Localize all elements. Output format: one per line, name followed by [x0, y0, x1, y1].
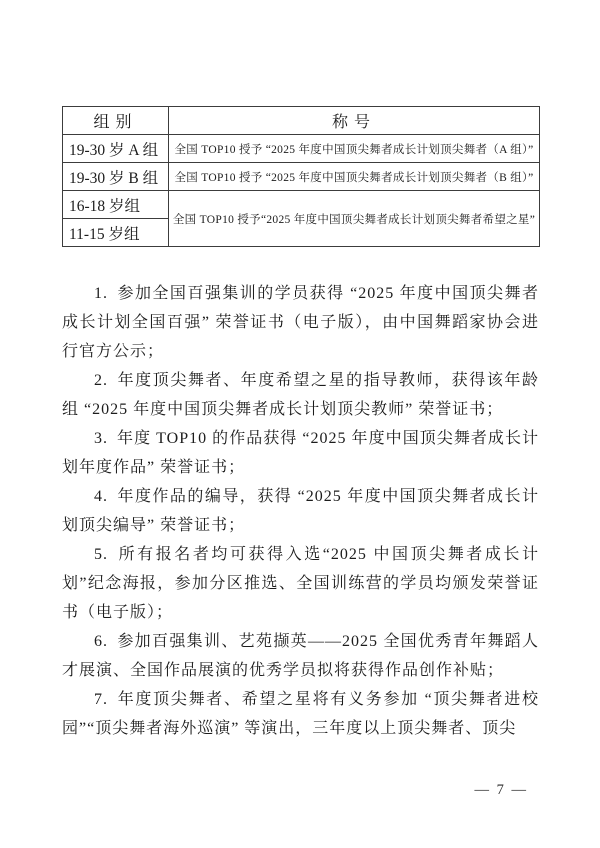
- award-title-table: 组别 称号 19-30 岁 A 组 全国 TOP10 授予 “2025 年度中国…: [62, 106, 540, 247]
- body-text: 1. 参加全国百强集训的学员获得 “2025 年度中国顶尖舞者成长计划全国百强”…: [62, 279, 539, 743]
- table-header-row: 组别 称号: [63, 107, 540, 135]
- table-header-title: 称号: [169, 107, 540, 135]
- group-cell-11-15: 11-15 岁组: [63, 219, 169, 247]
- paragraph-6: 6. 参加百强集训、艺苑撷英——2025 全国优秀青年舞蹈人才展演、全国作品展演…: [62, 627, 539, 685]
- title-cell-19-30-a: 全国 TOP10 授予 “2025 年度中国顶尖舞者成长计划顶尖舞者（A 组）”: [169, 135, 540, 163]
- title-cell-19-30-b: 全国 TOP10 授予 “2025 年度中国顶尖舞者成长计划顶尖舞者（B 组）”: [169, 163, 540, 191]
- group-cell-19-30-a: 19-30 岁 A 组: [63, 135, 169, 163]
- table-row: 16-18 岁组 全国 TOP10 授予“2025 年度中国顶尖舞者成长计划顶尖…: [63, 191, 540, 219]
- paragraph-3: 3. 年度 TOP10 的作品获得 “2025 年度中国顶尖舞者成长计划年度作品…: [62, 424, 539, 482]
- paragraph-1: 1. 参加全国百强集训的学员获得 “2025 年度中国顶尖舞者成长计划全国百强”…: [62, 279, 539, 366]
- document-page: 组别 称号 19-30 岁 A 组 全国 TOP10 授予 “2025 年度中国…: [0, 0, 600, 848]
- group-cell-16-18: 16-18 岁组: [63, 191, 169, 219]
- table-row: 19-30 岁 A 组 全国 TOP10 授予 “2025 年度中国顶尖舞者成长…: [63, 135, 540, 163]
- paragraph-4: 4. 年度作品的编导，获得 “2025 年度中国顶尖舞者成长计划顶尖编导” 荣誉…: [62, 482, 539, 540]
- group-cell-19-30-b: 19-30 岁 B 组: [63, 163, 169, 191]
- table-row: 19-30 岁 B 组 全国 TOP10 授予 “2025 年度中国顶尖舞者成长…: [63, 163, 540, 191]
- table-header-group: 组别: [63, 107, 169, 135]
- page-number: — 7 —: [475, 782, 529, 799]
- paragraph-7: 7. 年度顶尖舞者、希望之星将有义务参加 “顶尖舞者进校园”“顶尖舞者海外巡演”…: [62, 685, 539, 743]
- title-cell-merged-hope-star: 全国 TOP10 授予“2025 年度中国顶尖舞者成长计划顶尖舞者希望之星”: [169, 191, 540, 247]
- paragraph-5: 5. 所有报名者均可获得入选“2025 中国顶尖舞者成长计划”纪念海报，参加分区…: [62, 540, 539, 627]
- paragraph-2: 2. 年度顶尖舞者、年度希望之星的指导教师，获得该年龄组 “2025 年度中国顶…: [62, 366, 539, 424]
